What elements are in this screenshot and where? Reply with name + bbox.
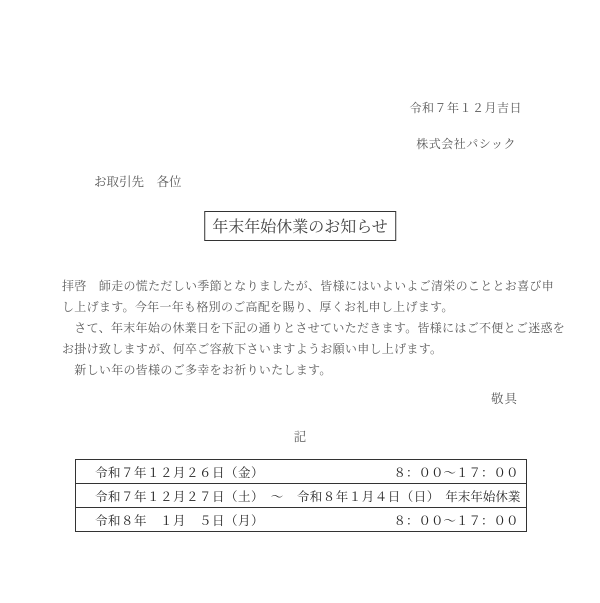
schedule-row-1: 令和７年１２月２６日（金） ８：００～１７：００ [76, 460, 526, 483]
recipient-line: お取引先 各位 [94, 172, 182, 190]
closing-keigu: 敬具 [491, 389, 518, 407]
schedule-status: ８：００～１７：００ [386, 511, 526, 529]
body-line-2: し上げます。今年一年も格別のご高配を賜り、厚くお礼申し上げます。 [62, 297, 544, 318]
sender-company: 株式会社パシック [416, 135, 516, 152]
letter-page: 令和７年１２月吉日 株式会社パシック お取引先 各位 年末年始休業のお知らせ 拝… [0, 0, 600, 603]
body-line-4: お掛け致しますが、何卒ご容赦下さいますようお願い申し上げます。 [62, 339, 544, 360]
schedule-period: 令和７年１２月２７日（土） ～ 令和８年１月４日（日） [76, 487, 440, 505]
schedule-status: ８：００～１７：００ [386, 463, 526, 481]
letter-body: 拝啓 師走の慌ただしい季節となりましたが、皆様にはいよいよご清栄のこととお喜び申… [62, 276, 544, 381]
letter-date: 令和７年１２月吉日 [409, 99, 522, 116]
schedule-status: 年末年始休業 [440, 487, 526, 505]
body-line-1: 拝啓 師走の慌ただしい季節となりましたが、皆様にはいよいよご清栄のこととお喜び申 [62, 276, 544, 297]
schedule-row-3: 令和８年 １月 ５日（月） ８：００～１７：００ [76, 507, 526, 531]
schedule-row-2: 令和７年１２月２７日（土） ～ 令和８年１月４日（日） 年末年始休業 [76, 483, 526, 507]
schedule-period: 令和８年 １月 ５日（月） [76, 511, 386, 529]
letter-title: 年末年始休業のお知らせ [204, 211, 396, 241]
schedule-period: 令和７年１２月２６日（金） [76, 463, 386, 481]
holiday-schedule-table: 令和７年１２月２６日（金） ８：００～１７：００ 令和７年１２月２７日（土） ～… [75, 459, 527, 532]
body-line-5: 新しい年の皆様のご多幸をお祈りいたします。 [62, 360, 544, 381]
record-marker: 記 [0, 427, 600, 445]
body-line-3: さて、年末年始の休業日を下記の通りとさせていただきます。皆様にはご不便とご迷惑を [62, 318, 544, 339]
